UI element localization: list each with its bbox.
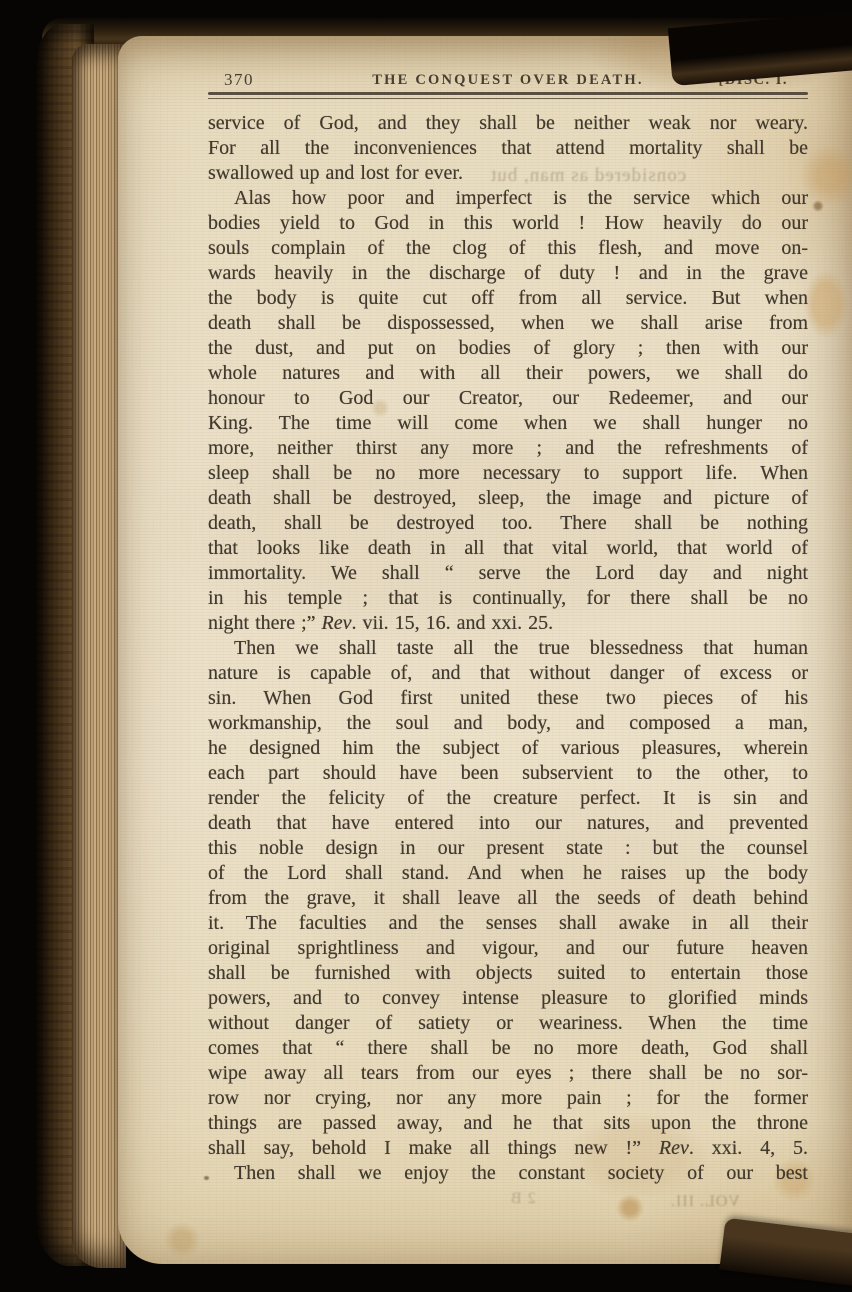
paragraph: Then we shall taste all the true blessed… [208, 636, 808, 1161]
rule-thin-line [208, 98, 808, 99]
text-line: King. The time will come when we shall h… [208, 411, 808, 436]
text-line: of the Lord shall stand. And when he rai… [208, 861, 808, 886]
text-line: Then shall we enjoy the constant society… [208, 1161, 808, 1186]
cover-corner-bottom-right [719, 1218, 852, 1287]
text-line: without danger of satiety or weariness. … [208, 1011, 808, 1036]
text-line: Then we shall taste all the true blessed… [208, 636, 808, 661]
text-line: powers, and to convey intense pleasure t… [208, 986, 808, 1011]
text-line: immortality. We shall “ serve the Lord d… [208, 561, 808, 586]
text-line: sleep shall be no more necessary to supp… [208, 461, 808, 486]
text-line: souls complain of the clog of this flesh… [208, 236, 808, 261]
header-double-rule [208, 92, 808, 99]
text-line: workmanship, the soul and body, and comp… [208, 711, 808, 736]
paragraph: Alas how poor and imperfect is the servi… [208, 186, 808, 636]
ink-spot [204, 1176, 209, 1180]
text-line: death, shall be destroyed too. There sha… [208, 511, 808, 536]
showthrough-volume-label: VOL. III. [670, 1193, 740, 1211]
text-line: this noble design in our present state :… [208, 836, 808, 861]
page-body-text: service of God, and they shall be neithe… [208, 111, 808, 1186]
showthrough-signature-mark: 2 B [510, 1190, 536, 1208]
text-line: nature is capable of, and that without d… [208, 661, 808, 686]
text-line: swallowed up and lost for ever. [208, 161, 808, 186]
text-line: wipe away all tears from our eyes ; ther… [208, 1061, 808, 1086]
text-line: things are passed away, and he that sits… [208, 1111, 808, 1136]
text-line: wards heavily in the discharge of duty !… [208, 261, 808, 286]
text-line: sin. When God first united these two pie… [208, 686, 808, 711]
text-line: night there ;” Rev. vii. 15, 16. and xxi… [208, 611, 808, 636]
text-line: Alas how poor and imperfect is the servi… [208, 186, 808, 211]
text-line: it. The faculties and the senses shall a… [208, 911, 808, 936]
text-line: each part should have been subservient t… [208, 761, 808, 786]
text-line: honour to God our Creator, our Redeemer,… [208, 386, 808, 411]
page-number: 370 [224, 70, 254, 90]
text-line: shall say, behold I make all things new … [208, 1136, 808, 1161]
text-line: in his temple ; that is continually, for… [208, 586, 808, 611]
text-line: shall be furnished with objects suited t… [208, 961, 808, 986]
text-line: from the grave, it shall leave all the s… [208, 886, 808, 911]
paragraph: service of God, and they shall be neithe… [208, 111, 808, 186]
rule-thick-line [208, 92, 808, 95]
book-photo-scene: 370 THE CONQUEST OVER DEATH. [DISC. I. c… [0, 0, 852, 1292]
paragraph: Then shall we enjoy the constant society… [208, 1161, 808, 1186]
running-title: THE CONQUEST OVER DEATH. [372, 72, 643, 89]
text-line: service of God, and they shall be neithe… [208, 111, 808, 136]
text-line: death shall be destroyed, sleep, the ima… [208, 486, 808, 511]
text-line: bodies yield to God in this world ! How … [208, 211, 808, 236]
text-line: death shall be dispossessed, when we sha… [208, 311, 808, 336]
text-line: comes that “ there shall be no more deat… [208, 1036, 808, 1061]
text-line: he designed him the subject of various p… [208, 736, 808, 761]
text-line: render the felicity of the creature perf… [208, 786, 808, 811]
text-line: row nor crying, nor any more pain ; for … [208, 1086, 808, 1111]
text-line: whole natures and with all their powers,… [208, 361, 808, 386]
text-line: more, neither thirst any more ; and the … [208, 436, 808, 461]
text-line: the dust, and put on bodies of glory ; t… [208, 336, 808, 361]
text-line: original sprightliness and vigour, and o… [208, 936, 808, 961]
text-line: the body is quite cut off from all servi… [208, 286, 808, 311]
text-line: death that have entered into our natures… [208, 811, 808, 836]
book-page: 370 THE CONQUEST OVER DEATH. [DISC. I. c… [118, 36, 852, 1264]
text-line: For all the inconveniences that attend m… [208, 136, 808, 161]
text-line: that looks like death in all that vital … [208, 536, 808, 561]
